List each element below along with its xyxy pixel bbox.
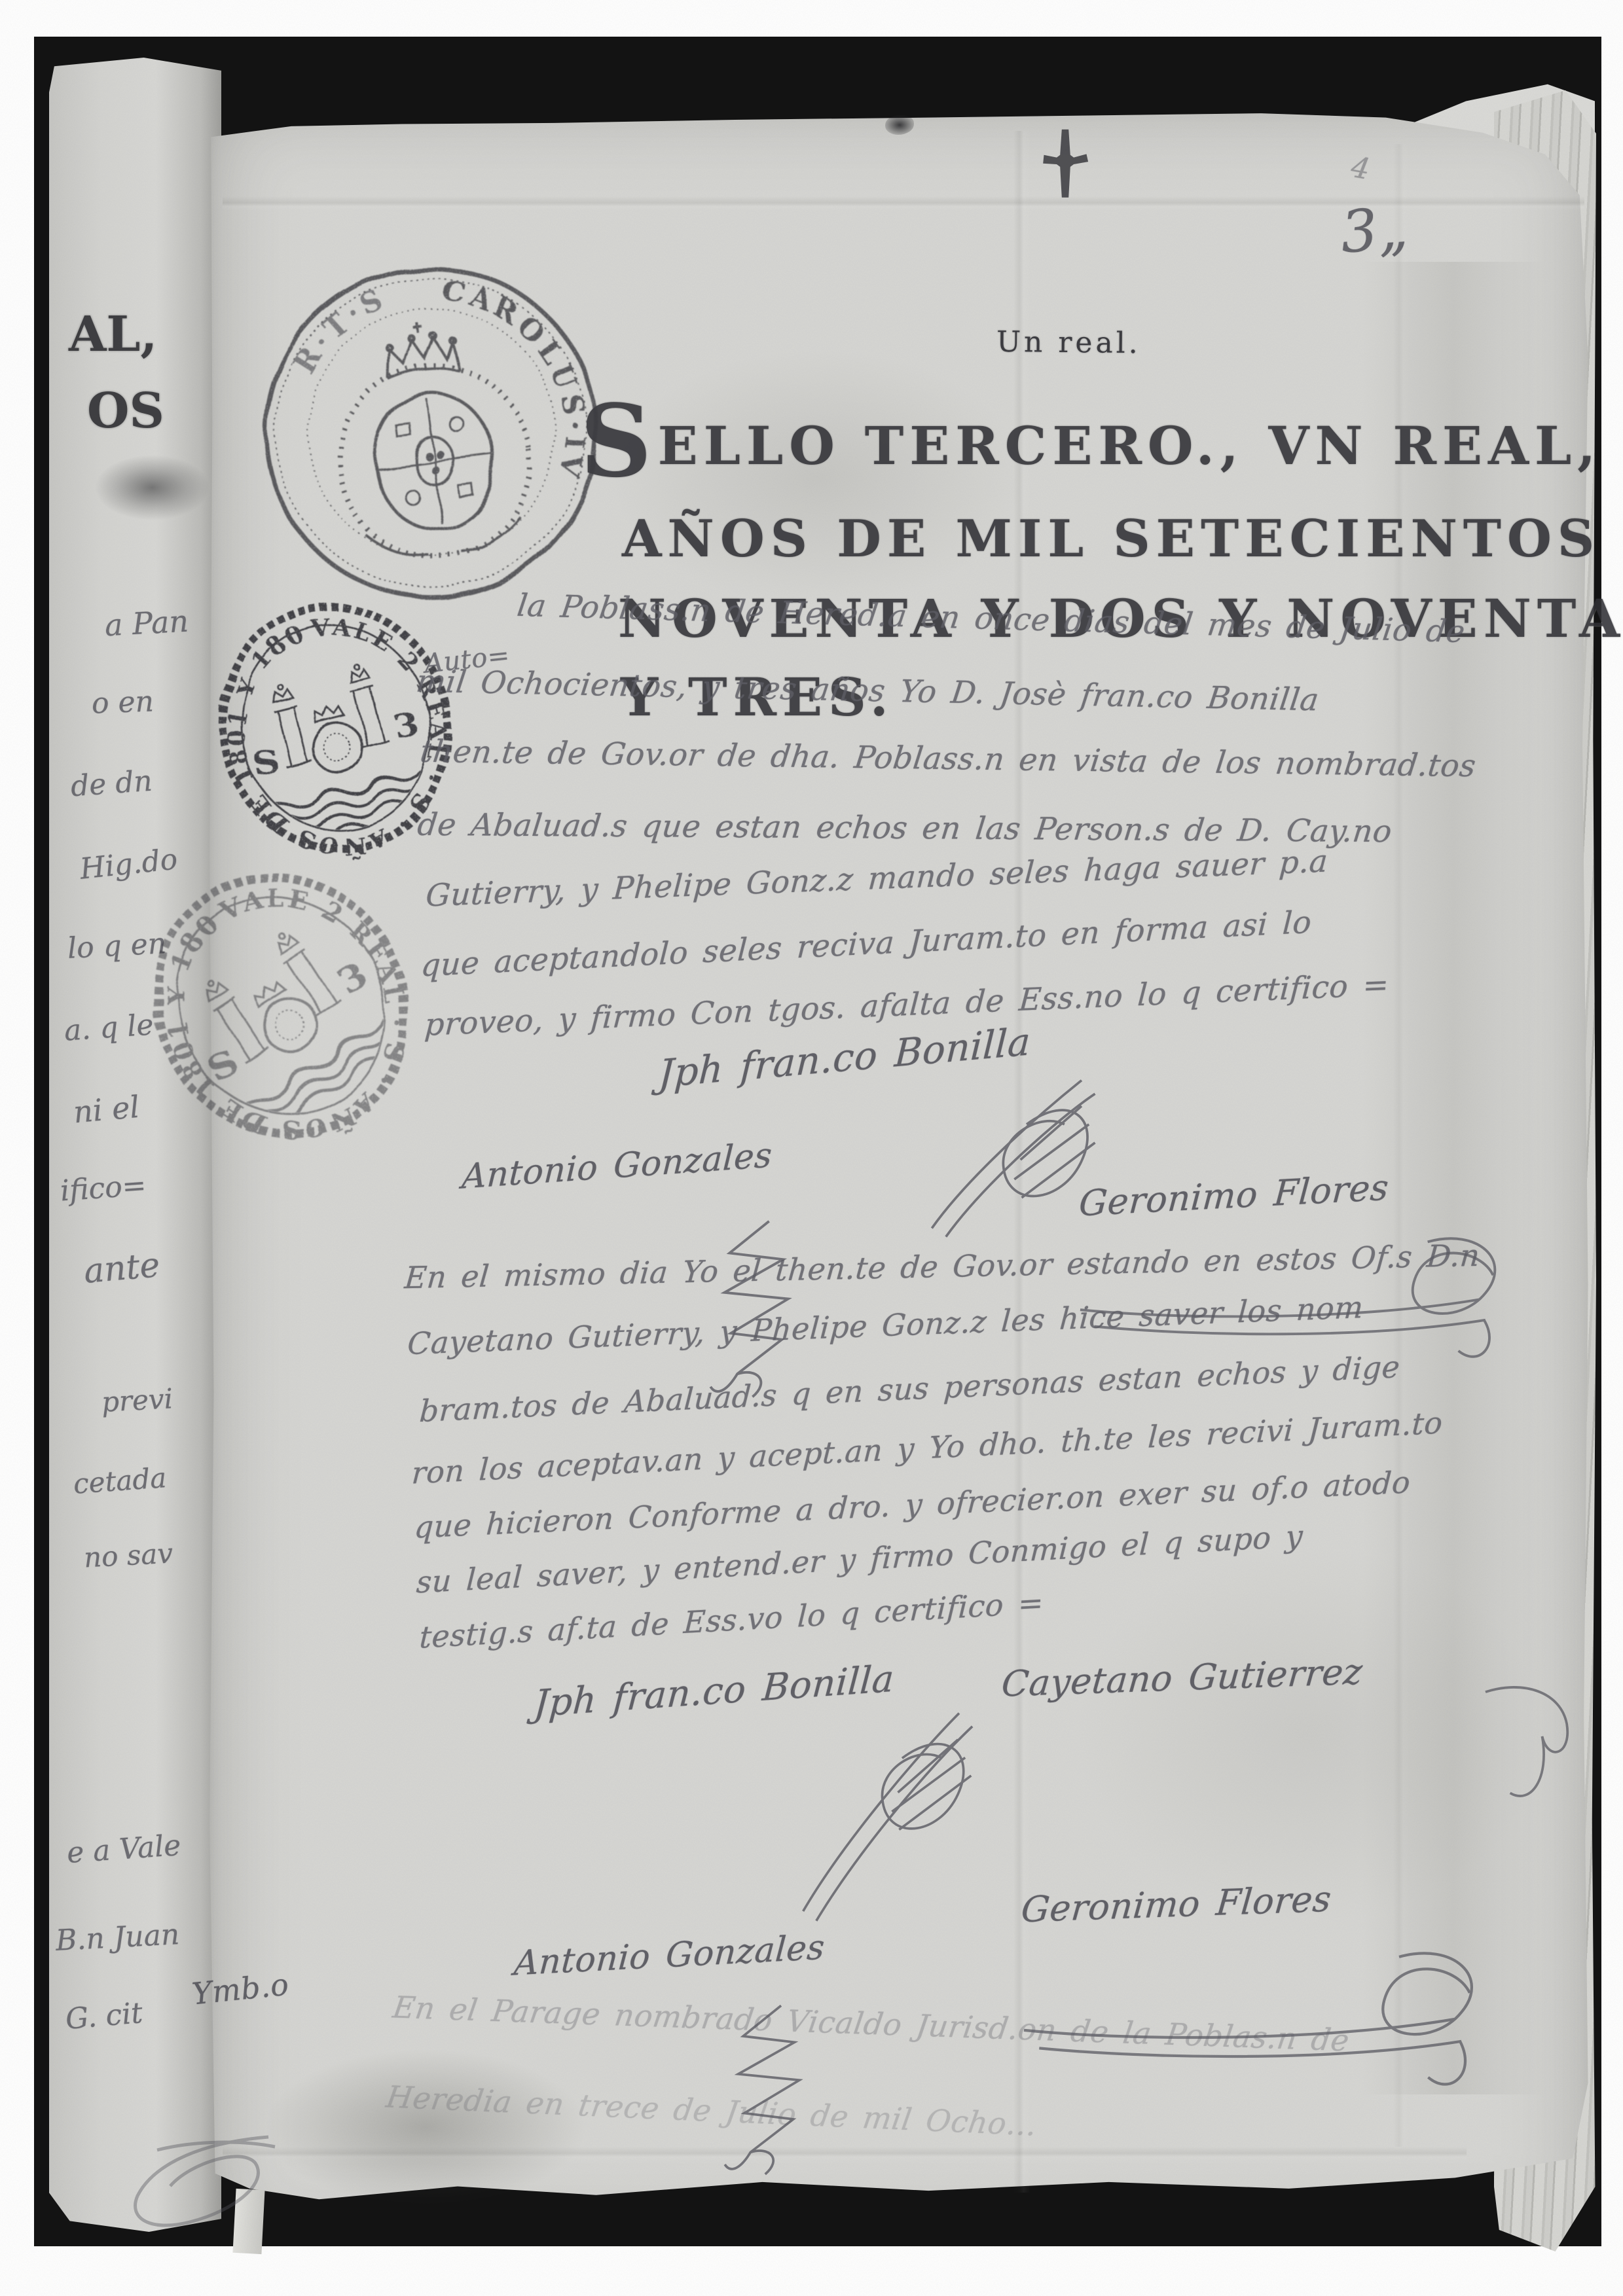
prev-hand-fragment: G. cit (64, 1996, 144, 2036)
stamp-numeral-3: 3 (390, 704, 422, 747)
prev-hand-fragment: B.n Juan (55, 1918, 181, 1958)
scanned-manuscript-page: AL, OS a Pan o en de dn Hig.do lo q en a… (0, 0, 1623, 2296)
prev-ink-smudge (95, 455, 210, 520)
royal-seal-stamp: CAROLUS·IV R·T·S (228, 228, 634, 634)
fee-label: Un real. (996, 325, 1141, 360)
manuscript-line: de Abaluad.s que estan echos en las Pers… (416, 807, 1394, 850)
prev-hand-fragment: o en (91, 685, 155, 720)
prev-hand-fragment: previ (101, 1382, 173, 1418)
prev-hand-fragment: no sav (83, 1537, 173, 1573)
bonilla-rubric-flourish (779, 1700, 995, 1939)
previous-page-sliver: AL, OS a Pan o en de dn Hig.do lo q en a… (49, 58, 221, 2232)
prev-print-fragment: OS (87, 383, 164, 439)
header-title-text: ELLO TERCERO., VN REAL, (658, 415, 1601, 476)
prev-hand-fragment: Hig.do (79, 842, 179, 886)
prev-hand-fragment: ante (82, 1246, 162, 1291)
prev-hand-fragment: ifico= (59, 1168, 147, 1208)
horizontal-crease (223, 2147, 1467, 2161)
header-title: SELLO TERCERO., VN REAL, (580, 391, 1601, 491)
prev-hand-fragment: cetada (72, 1462, 167, 1500)
cross-icon (1040, 126, 1091, 206)
prev-hand-fragment: ni el (72, 1089, 141, 1130)
gutierrez-rubric-flourish (1474, 1670, 1579, 1823)
page-number: 3„ (1339, 194, 1411, 266)
bottom-corner-scribble (111, 2124, 308, 2244)
prev-hand-fragment: a Pan (104, 603, 190, 643)
prev-hand-fragment: e a Vale (65, 1829, 181, 1870)
prev-print-fragment: AL, (69, 306, 157, 363)
prev-hand-fragment: de dn (69, 764, 153, 804)
header-line2: AÑOS DE MIL SETECIENTOS (622, 509, 1600, 569)
